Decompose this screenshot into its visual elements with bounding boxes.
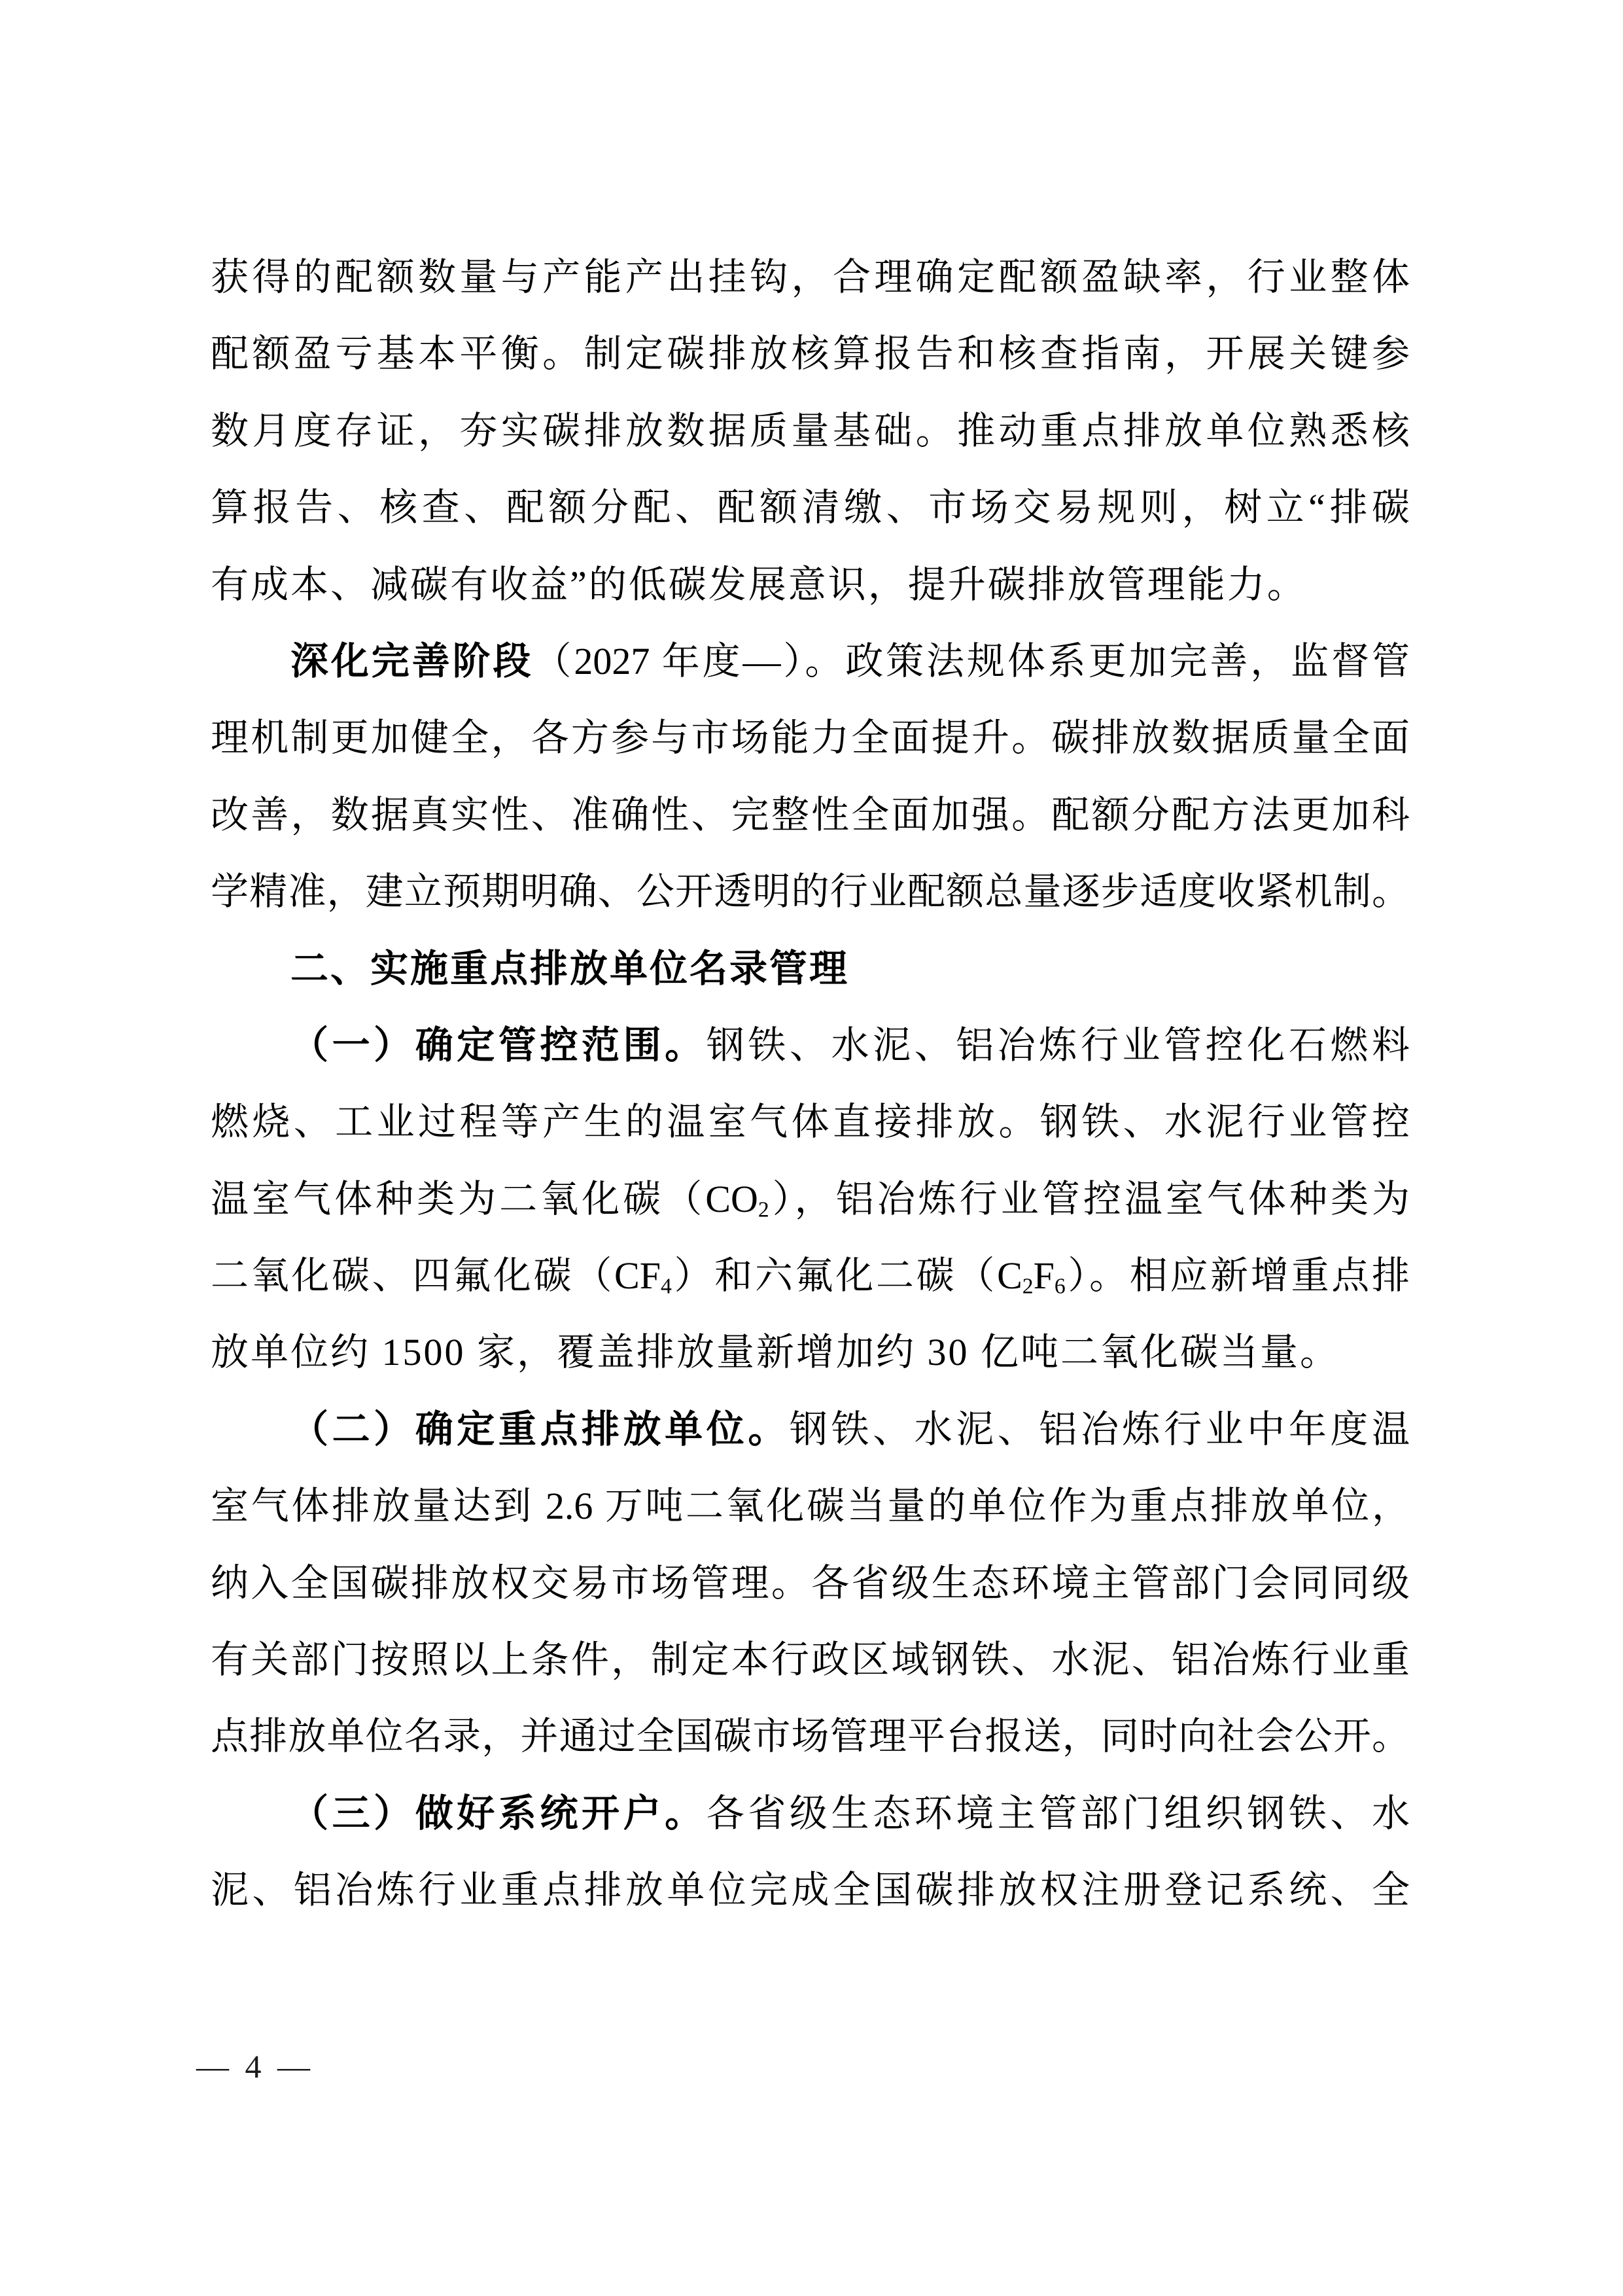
text-segment: 燃烧、工业过程等产生的温室气体直接排放。钢铁、水泥行业管控: [211, 1101, 1410, 1143]
text-segment: 点排放单位名录，并通过全国碳市场管理平台报送，同时向社会公开。: [211, 1715, 1410, 1757]
text-segment: 泥、铝冶炼行业重点排放单位完成全国碳排放权注册登记系统、全: [211, 1869, 1410, 1911]
text-line: 理机制更加健全，各方参与市场能力全面提升。碳排放数据质量全面: [211, 699, 1410, 776]
text-line: 二氧化碳、四氟化碳（CF4）和六氟化二碳（C2F6）。相应新增重点排: [211, 1237, 1410, 1314]
text-segment: 钢铁、水泥、铝冶炼行业管控化石燃料: [707, 1024, 1410, 1067]
text-line: 数月度存证，夯实碳排放数据质量基础。推动重点排放单位熟悉核: [211, 393, 1410, 469]
text-line: 有成本、减碳有收益”的低碳发展意识，提升碳排放管理能力。: [211, 546, 1410, 623]
section-heading-line: 二、实施重点排放单位名录管理: [211, 930, 1410, 1007]
text-segment: 温室气体种类为二氧化碳（CO: [211, 1178, 758, 1220]
text-segment: 各省级生态环境主管部门组织钢铁、水: [707, 1792, 1410, 1835]
text-segment: 二、实施重点排放单位名录管理: [290, 947, 849, 990]
text-line: 改善，数据真实性、准确性、完整性全面加强。配额分配方法更加科: [211, 777, 1410, 853]
text-segment: ），铝冶炼行业管控温室气体种类为: [769, 1178, 1410, 1220]
page-number: — 4 —: [196, 2048, 314, 2085]
subscript-segment: 2: [758, 1197, 769, 1222]
text-line: 有关部门按照以上条件，制定本行政区域钢铁、水泥、铝冶炼行业重: [211, 1621, 1410, 1698]
text-segment: 学精准，建立预期明确、公开透明的行业配额总量逐步适度收紧机制。: [211, 870, 1410, 913]
text-line: 算报告、核查、配额分配、配额清缴、市场交易规则，树立“排碳: [211, 469, 1410, 546]
text-segment: 数月度存证，夯实碳排放数据质量基础。推动重点排放单位熟悉核: [211, 410, 1410, 452]
text-line: 纳入全国碳排放权交易市场管理。各省级生态环境主管部门会同同级: [211, 1545, 1410, 1621]
text-segment: 有关部门按照以上条件，制定本行政区域钢铁、水泥、铝冶炼行业重: [211, 1638, 1410, 1681]
text-segment: F: [1034, 1254, 1055, 1297]
text-segment: ）和六氟化二碳（C: [672, 1254, 1022, 1297]
text-line: 配额盈亏基本平衡。制定碳排放核算报告和核查指南，开展关键参: [211, 315, 1410, 392]
text-segment: 改善，数据真实性、准确性、完整性全面加强。配额分配方法更加科: [211, 794, 1410, 836]
text-segment: （三）做好系统开户。: [290, 1792, 707, 1835]
subscript-segment: 6: [1055, 1274, 1066, 1298]
text-segment: 理机制更加健全，各方参与市场能力全面提升。碳排放数据质量全面: [211, 716, 1410, 759]
text-line: 获得的配额数量与产能产出挂钩，合理确定配额盈缺率，行业整体: [211, 239, 1410, 315]
page-footer: — 4 —: [196, 2040, 314, 2093]
text-segment: 放单位约 1500 家，覆盖排放量新增加约 30 亿吨二氧化碳当量。: [211, 1331, 1340, 1373]
text-line: 燃烧、工业过程等产生的温室气体直接排放。钢铁、水泥行业管控: [211, 1084, 1410, 1160]
text-line: 点排放单位名录，并通过全国碳市场管理平台报送，同时向社会公开。: [211, 1698, 1410, 1775]
text-segment: （二）确定重点排放单位。: [290, 1408, 790, 1451]
text-line: 室气体排放量达到 2.6 万吨二氧化碳当量的单位作为重点排放单位，: [211, 1468, 1410, 1544]
text-line: （一）确定管控范围。钢铁、水泥、铝冶炼行业管控化石燃料: [211, 1007, 1410, 1084]
text-segment: （一）确定管控范围。: [290, 1024, 707, 1067]
document-body: 获得的配额数量与产能产出挂钩，合理确定配额盈缺率，行业整体配额盈亏基本平衡。制定…: [211, 239, 1410, 1929]
text-line: 泥、铝冶炼行业重点排放单位完成全国碳排放权注册登记系统、全: [211, 1852, 1410, 1928]
text-line: （二）确定重点排放单位。钢铁、水泥、铝冶炼行业中年度温: [211, 1391, 1410, 1468]
text-segment: 钢铁、水泥、铝冶炼行业中年度温: [790, 1408, 1410, 1451]
text-line: 深化完善阶段（2027 年度—）。政策法规体系更加完善，监督管: [211, 623, 1410, 699]
subscript-segment: 2: [1022, 1274, 1034, 1298]
text-line: 温室气体种类为二氧化碳（CO2），铝冶炼行业管控温室气体种类为: [211, 1161, 1410, 1237]
text-line: 放单位约 1500 家，覆盖排放量新增加约 30 亿吨二氧化碳当量。: [211, 1314, 1410, 1390]
text-segment: 深化完善阶段: [290, 640, 533, 682]
text-segment: 配额盈亏基本平衡。制定碳排放核算报告和核查指南，开展关键参: [211, 332, 1410, 375]
text-segment: 有成本、减碳有收益”的低碳发展意识，提升碳排放管理能力。: [211, 563, 1307, 606]
text-segment: 获得的配额数量与产能产出挂钩，合理确定配额盈缺率，行业整体: [211, 256, 1410, 298]
text-segment: 二氧化碳、四氟化碳（CF: [211, 1254, 661, 1297]
text-segment: ）。相应新增重点排: [1066, 1254, 1410, 1297]
document-page: 获得的配额数量与产能产出挂钩，合理确定配额盈缺率，行业整体配额盈亏基本平衡。制定…: [0, 0, 1623, 2296]
subscript-segment: 4: [661, 1274, 672, 1298]
text-line: 学精准，建立预期明确、公开透明的行业配额总量逐步适度收紧机制。: [211, 853, 1410, 930]
text-segment: 算报告、核查、配额分配、配额清缴、市场交易规则，树立“排碳: [211, 486, 1410, 529]
text-segment: 室气体排放量达到 2.6 万吨二氧化碳当量的单位作为重点排放单位，: [211, 1485, 1410, 1527]
text-segment: 纳入全国碳排放权交易市场管理。各省级生态环境主管部门会同同级: [211, 1562, 1410, 1604]
text-segment: （2027 年度—）。政策法规体系更加完善，监督管: [533, 640, 1410, 682]
text-line: （三）做好系统开户。各省级生态环境主管部门组织钢铁、水: [211, 1775, 1410, 1852]
